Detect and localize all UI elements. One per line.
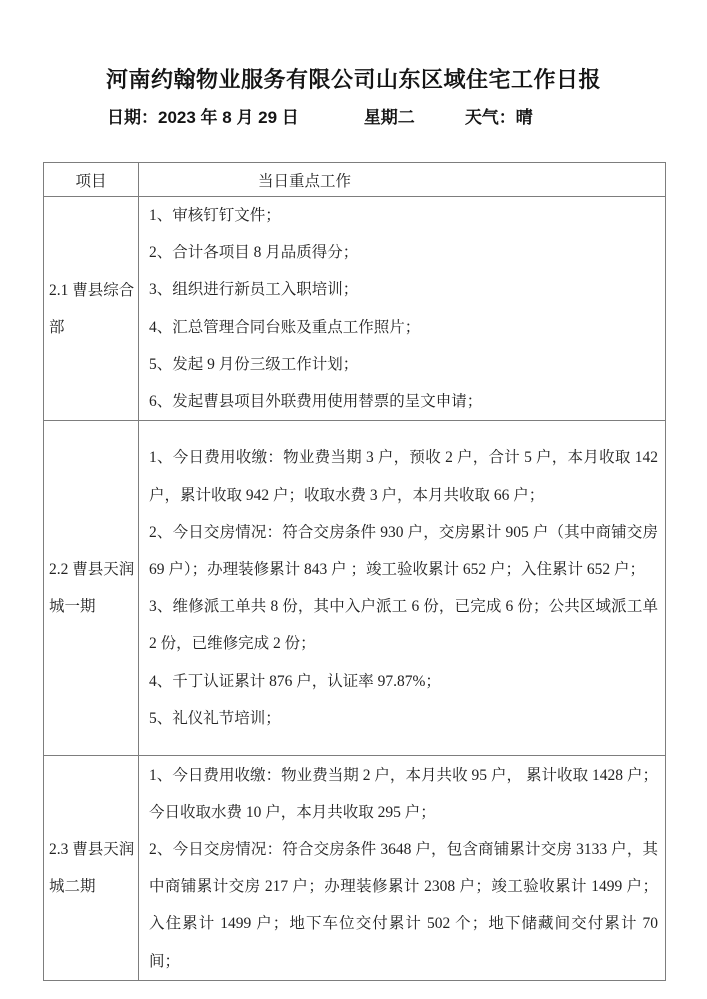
work-item: 3、维修派工单共 8 份，其中入户派工 6 份，已完成 6 份；公共区域派工单 …: [149, 588, 658, 662]
work-item: 2、今日交房情况：符合交房条件 3648 户，包含商铺累计交房 3133 户，其…: [149, 831, 658, 980]
work-item: 2、今日交房情况：符合交房条件 930 户，交房累计 905 户（其中商铺交房 …: [149, 514, 658, 588]
work-cell: 1、今日费用收缴：物业费当期 3 户，预收 2 户，合计 5 户，本月收取 14…: [139, 421, 666, 756]
document-title: 河南约翰物业服务有限公司山东区域住宅工作日报: [0, 0, 707, 98]
table-header-row: 项目 当日重点工作: [44, 163, 666, 197]
header-cell-work: 当日重点工作: [139, 163, 666, 197]
work-item: 1、审核钉钉文件；: [149, 197, 658, 234]
meta-line: 日期：2023 年 8 月 29 日 星期二 天气：晴: [107, 106, 707, 130]
table-row: 2.3 曹县天润城二期 1、今日费用收缴：物业费当期 2 户，本月共收 95 户…: [44, 756, 666, 981]
work-item: 4、汇总管理合同台账及重点工作照片；: [149, 309, 658, 346]
table-row: 2.2 曹县天润城一期 1、今日费用收缴：物业费当期 3 户，预收 2 户，合计…: [44, 421, 666, 756]
project-cell: 2.2 曹县天润城一期: [44, 421, 139, 756]
work-cell: 1、今日费用收缴：物业费当期 2 户，本月共收 95 户， 累计收取 1428 …: [139, 756, 666, 981]
work-item: 5、发起 9 月份三级工作计划；: [149, 346, 658, 383]
work-cell: 1、审核钉钉文件； 2、合计各项目 8 月品质得分； 3、组织进行新员工入职培训…: [139, 197, 666, 421]
weather-label: 天气：晴: [465, 106, 533, 130]
daily-report-table: 项目 当日重点工作 2.1 曹县综合部 1、审核钉钉文件； 2、合计各项目 8 …: [43, 162, 666, 981]
date-label: 日期：2023 年 8 月 29 日: [107, 106, 299, 130]
project-cell: 2.3 曹县天润城二期: [44, 756, 139, 981]
report-page: 河南约翰物业服务有限公司山东区域住宅工作日报 日期：2023 年 8 月 29 …: [0, 0, 707, 999]
table-row: 2.1 曹县综合部 1、审核钉钉文件； 2、合计各项目 8 月品质得分； 3、组…: [44, 197, 666, 421]
work-item: 3、组织进行新员工入职培训；: [149, 271, 658, 308]
work-item: 6、发起曹县项目外联费用使用替票的呈文申请；: [149, 383, 658, 420]
work-item: 2、合计各项目 8 月品质得分；: [149, 234, 658, 271]
work-item: 4、千丁认证累计 876 户，认证率 97.87%；: [149, 663, 658, 700]
work-item: 1、今日费用收缴：物业费当期 2 户，本月共收 95 户， 累计收取 1428 …: [149, 757, 658, 831]
weekday-label: 星期二: [364, 106, 415, 130]
work-item: 5、礼仪礼节培训；: [149, 700, 658, 737]
header-cell-project: 项目: [44, 163, 139, 197]
work-item: 1、今日费用收缴：物业费当期 3 户，预收 2 户，合计 5 户，本月收取 14…: [149, 439, 658, 513]
project-cell: 2.1 曹县综合部: [44, 197, 139, 421]
